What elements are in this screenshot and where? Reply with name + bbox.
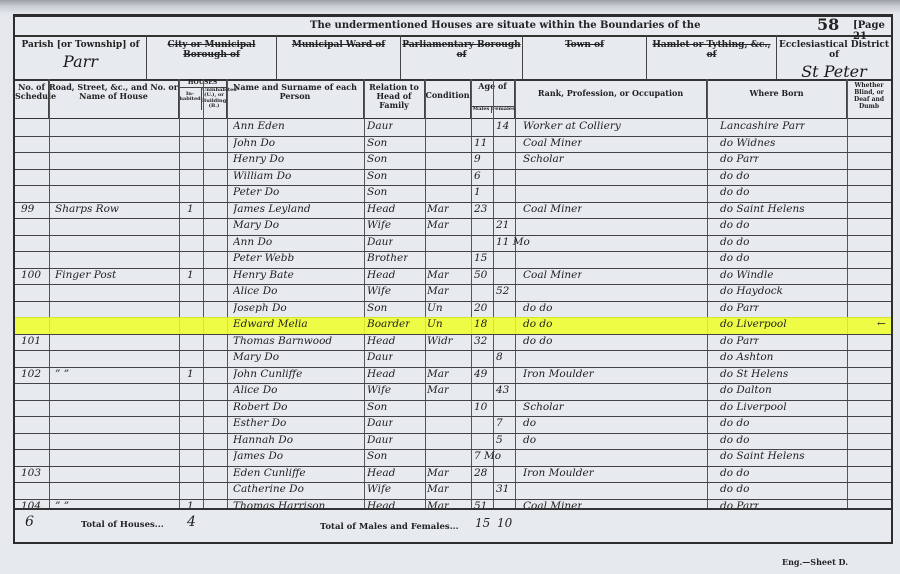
occupation: do bbox=[523, 434, 536, 446]
relation-to-head: Head bbox=[367, 203, 395, 215]
person-name: Alice Do bbox=[233, 384, 277, 396]
relation-to-head: Head bbox=[367, 368, 395, 380]
relation-to-head: Son bbox=[367, 170, 387, 182]
age-male: 49 bbox=[474, 368, 487, 380]
houses-total-label: Total of Houses... bbox=[81, 520, 164, 530]
area-hamlet: Hamlet or Tything, &c., of bbox=[647, 35, 777, 79]
birthplace: Lancashire Parr bbox=[720, 120, 805, 132]
birthplace: do Liverpool bbox=[720, 401, 787, 413]
schedule-number: 101 bbox=[21, 335, 41, 347]
table-row-highlighted: Edward MeliaBoarderUn18do dodo Liverpool… bbox=[15, 317, 891, 335]
marital-condition: Mar bbox=[427, 384, 449, 396]
occupation: Iron Moulder bbox=[523, 467, 594, 479]
age-female: 43 bbox=[496, 384, 509, 396]
col-label: Name and Surname of each Person bbox=[233, 82, 357, 101]
relation-to-head: Daur bbox=[367, 417, 393, 429]
males-total: 15 bbox=[475, 516, 490, 530]
occupation: Scholar bbox=[523, 153, 564, 165]
age-female: 14 bbox=[496, 120, 509, 132]
marital-condition: Mar bbox=[427, 285, 449, 297]
birthplace: do Liverpool bbox=[720, 318, 787, 330]
person-name: Thomas Barnwood bbox=[233, 335, 332, 347]
relation-to-head: Son bbox=[367, 302, 387, 314]
birthplace: do Saint Helens bbox=[720, 203, 805, 215]
person-name: Henry Bate bbox=[233, 269, 294, 281]
birthplace: do do bbox=[720, 252, 749, 264]
occupation: do do bbox=[523, 318, 552, 330]
age-female: 11 Mo bbox=[496, 236, 530, 248]
table-row: Ann EdenDaur14Worker at CollieryLancashi… bbox=[15, 119, 891, 137]
houses-total-value: 4 bbox=[187, 514, 196, 530]
folio-number: 58 bbox=[817, 15, 839, 34]
occupation: Iron Moulder bbox=[523, 368, 594, 380]
occupation: do do bbox=[523, 302, 552, 314]
table-row: Robert DoSon10Scholardo Liverpool bbox=[15, 400, 891, 418]
table-row: Mary DoDaur8do Ashton bbox=[15, 350, 891, 368]
birthplace: do Parr bbox=[720, 302, 759, 314]
birthplace: do do bbox=[720, 170, 749, 182]
relation-to-head: Wife bbox=[367, 384, 391, 396]
birthplace: do Windle bbox=[720, 269, 773, 281]
col-occupation: Rank, Profession, or Occupation bbox=[515, 79, 707, 119]
table-row: 100Finger Post1Henry BateHeadMar50Coal M… bbox=[15, 268, 891, 286]
age-male: 7 Mo bbox=[474, 450, 501, 462]
table-row: Alice DoWifeMar52do Haydock bbox=[15, 284, 891, 302]
area-label: City or Municipal Borough of bbox=[168, 40, 256, 60]
relation-to-head: Daur bbox=[367, 351, 393, 363]
birthplace: do do bbox=[720, 186, 749, 198]
col-uninhabited: Uninhabited (U.), or Building (B.) bbox=[202, 88, 226, 110]
birthplace: do do bbox=[720, 434, 749, 446]
age-female: 21 bbox=[496, 219, 509, 231]
relation-to-head: Wife bbox=[367, 285, 391, 297]
col-name: Name and Surname of each Person bbox=[227, 79, 364, 119]
table-row: 103Eden CunliffeHeadMar28Iron Moulderdo … bbox=[15, 466, 891, 484]
relation-to-head: Son bbox=[367, 153, 387, 165]
relation-to-head: Daur bbox=[367, 236, 393, 248]
col-road: Road, Street, &c., and No. or Name of Ho… bbox=[49, 79, 179, 119]
age-female: 5 bbox=[496, 434, 503, 446]
person-name: Henry Do bbox=[233, 153, 284, 165]
age-male: 11 bbox=[474, 137, 487, 149]
occupation: Worker at Colliery bbox=[523, 120, 621, 132]
person-name: John Do bbox=[233, 137, 275, 149]
relation-to-head: Daur bbox=[367, 434, 393, 446]
area-label: Parliamentary Borough of bbox=[402, 40, 520, 60]
birthplace: do Widnes bbox=[720, 137, 775, 149]
col-born: Where Born bbox=[707, 79, 847, 119]
age-male: 15 bbox=[474, 252, 487, 264]
birthplace: do do bbox=[720, 219, 749, 231]
relation-to-head: Head bbox=[367, 467, 395, 479]
age-male: 1 bbox=[474, 186, 481, 198]
relation-to-head: Boarder bbox=[367, 318, 410, 330]
header-title: The undermentioned Houses are situate wi… bbox=[310, 20, 700, 31]
person-name: Robert Do bbox=[233, 401, 287, 413]
birthplace: do do bbox=[720, 467, 749, 479]
person-name: Ann Eden bbox=[233, 120, 285, 132]
marital-condition: Mar bbox=[427, 269, 449, 281]
age-male: 18 bbox=[474, 318, 487, 330]
relation-to-head: Son bbox=[367, 186, 387, 198]
person-name: Mary Do bbox=[233, 351, 279, 363]
col-label: Rank, Profession, or Occupation bbox=[538, 88, 683, 98]
inhabited-count: 1 bbox=[187, 269, 194, 281]
table-row: 101Thomas BarnwoodHeadWidr32do dodo Parr bbox=[15, 334, 891, 352]
person-name: Peter Do bbox=[233, 186, 279, 198]
table-row: 102” ”1John CunliffeHeadMar49Iron Moulde… bbox=[15, 367, 891, 385]
sheet-footer: Eng.—Sheet D. bbox=[782, 557, 848, 567]
area-label: Ecclesiastical District of bbox=[779, 40, 889, 60]
table-row: Hannah DoDaur5dodo do bbox=[15, 433, 891, 451]
road-name: Finger Post bbox=[55, 269, 116, 281]
age-male: 9 bbox=[474, 153, 481, 165]
census-sheet: The undermentioned Houses are situate wi… bbox=[13, 14, 893, 544]
area-parliamentary: Parliamentary Borough of bbox=[401, 35, 523, 79]
birthplace: do do bbox=[720, 417, 749, 429]
col-inhabited: In-habited bbox=[179, 88, 202, 110]
relation-to-head: Daur bbox=[367, 120, 393, 132]
birthplace: do do bbox=[720, 236, 749, 248]
col-label: Condition bbox=[425, 90, 469, 100]
marital-condition: Mar bbox=[427, 203, 449, 215]
col-females: Females bbox=[492, 107, 514, 113]
relation-to-head: Wife bbox=[367, 483, 391, 495]
area-parish: Parish [or Township] of Parr bbox=[15, 35, 147, 79]
col-relation: Relation to Head of Family bbox=[364, 79, 425, 119]
col-label: Road, Street, &c., and No. or Name of Ho… bbox=[49, 82, 178, 101]
persons-total-label: Total of Males and Females... bbox=[320, 522, 459, 532]
birthplace: do Parr bbox=[720, 335, 759, 347]
relation-to-head: Son bbox=[367, 450, 387, 462]
table-row: Alice DoWifeMar43do Dalton bbox=[15, 383, 891, 401]
table-row: James DoSon7 Modo Saint Helens bbox=[15, 449, 891, 467]
person-name: Edward Melia bbox=[233, 318, 308, 330]
person-name: John Cunliffe bbox=[233, 368, 302, 380]
relation-to-head: Brother bbox=[367, 252, 408, 264]
table-row: Peter WebbBrother15do do bbox=[15, 251, 891, 269]
occupation: do bbox=[523, 417, 536, 429]
person-name: Peter Webb bbox=[233, 252, 294, 264]
area-value: Parr bbox=[15, 52, 146, 71]
table-row: Peter DoSon1do do bbox=[15, 185, 891, 203]
marital-condition: Mar bbox=[427, 467, 449, 479]
person-name: Eden Cunliffe bbox=[233, 467, 306, 479]
area-label: Municipal Ward of bbox=[292, 40, 385, 50]
birthplace: do Dalton bbox=[720, 384, 772, 396]
annotation-arrow: ← bbox=[877, 318, 886, 330]
area-label: Parish [or Township] of bbox=[22, 40, 140, 50]
col-condition: Condition bbox=[425, 79, 471, 119]
area-label: Town of bbox=[565, 40, 604, 50]
area-ecclesiastical: Ecclesiastical District of St Peter bbox=[777, 35, 891, 79]
age-male: 32 bbox=[474, 335, 487, 347]
age-female: 31 bbox=[496, 483, 509, 495]
table-row: Esther DoDaur7dodo do bbox=[15, 416, 891, 434]
occupation: Scholar bbox=[523, 401, 564, 413]
table-row: Mary DoWifeMar21do do bbox=[15, 218, 891, 236]
table-row: John DoSon11Coal Minerdo Widnes bbox=[15, 136, 891, 154]
age-male: 6 bbox=[474, 170, 481, 182]
birthplace: do Saint Helens bbox=[720, 450, 805, 462]
col-schedule: No. of Schedule bbox=[15, 79, 49, 119]
age-female: 52 bbox=[496, 285, 509, 297]
person-name: Joseph Do bbox=[233, 302, 287, 314]
census-page: The undermentioned Houses are situate wi… bbox=[0, 0, 900, 574]
marital-condition: Widr bbox=[427, 335, 453, 347]
col-infirmity: Whether Blind, or Deaf and Dumb bbox=[847, 79, 891, 119]
table-row: 99Sharps Row1James LeylandHeadMar23Coal … bbox=[15, 202, 891, 220]
person-name: Hannah Do bbox=[233, 434, 293, 446]
area-ward: Municipal Ward of bbox=[277, 35, 401, 79]
females-total: 10 bbox=[497, 516, 512, 530]
total-schedules: 6 bbox=[25, 514, 34, 530]
person-name: Ann Do bbox=[233, 236, 272, 248]
birthplace: do St Helens bbox=[720, 368, 788, 380]
col-label: Where Born bbox=[749, 88, 803, 98]
relation-to-head: Son bbox=[367, 401, 387, 413]
marital-condition: Mar bbox=[427, 219, 449, 231]
relation-to-head: Head bbox=[367, 335, 395, 347]
birthplace: do Haydock bbox=[720, 285, 783, 297]
relation-to-head: Son bbox=[367, 137, 387, 149]
age-male: 28 bbox=[474, 467, 487, 479]
age-male: 20 bbox=[474, 302, 487, 314]
road-name: ” ” bbox=[55, 368, 69, 380]
col-label: Relation to Head of Family bbox=[369, 82, 419, 110]
sheet-header: The undermentioned Houses are situate wi… bbox=[15, 17, 891, 37]
schedule-number: 100 bbox=[21, 269, 41, 281]
age-male: 10 bbox=[474, 401, 487, 413]
table-row: Henry DoSon9Scholardo Parr bbox=[15, 152, 891, 170]
area-borough: City or Municipal Borough of bbox=[147, 35, 277, 79]
road-name: Sharps Row bbox=[55, 203, 119, 215]
boundary-areas: Parish [or Township] of Parr City or Mun… bbox=[15, 35, 891, 81]
birthplace: do Parr bbox=[720, 153, 759, 165]
schedule-number: 99 bbox=[21, 203, 34, 215]
relation-to-head: Head bbox=[367, 269, 395, 281]
birthplace: do Ashton bbox=[720, 351, 773, 363]
inhabited-count: 1 bbox=[187, 203, 194, 215]
age-female: 8 bbox=[496, 351, 503, 363]
area-label: Hamlet or Tything, &c., of bbox=[652, 40, 770, 60]
person-name: Catherine Do bbox=[233, 483, 304, 495]
table-row: Ann DoDaur11 Modo do bbox=[15, 235, 891, 253]
marital-condition: Mar bbox=[427, 483, 449, 495]
schedule-number: 103 bbox=[21, 467, 41, 479]
table-row: Catherine DoWifeMar31do do bbox=[15, 482, 891, 500]
person-name: William Do bbox=[233, 170, 291, 182]
totals-row: 6 Total of Houses... 4 Total of Males an… bbox=[15, 508, 891, 542]
marital-condition: Un bbox=[427, 302, 443, 314]
person-name: James Do bbox=[233, 450, 283, 462]
person-name: Esther Do bbox=[233, 417, 286, 429]
age-male: 23 bbox=[474, 203, 487, 215]
person-name: Mary Do bbox=[233, 219, 279, 231]
inhabited-count: 1 bbox=[187, 368, 194, 380]
occupation: Coal Miner bbox=[523, 203, 582, 215]
occupation: do do bbox=[523, 335, 552, 347]
occupation: Coal Miner bbox=[523, 269, 582, 281]
table-row: Joseph DoSonUn20do dodo Parr bbox=[15, 301, 891, 319]
birthplace: do do bbox=[720, 483, 749, 495]
area-town: Town of bbox=[523, 35, 647, 79]
occupation: Coal Miner bbox=[523, 137, 582, 149]
schedule-number: 102 bbox=[21, 368, 41, 380]
person-name: Alice Do bbox=[233, 285, 277, 297]
col-label: Whether Blind, or Deaf and Dumb bbox=[854, 82, 884, 110]
marital-condition: Mar bbox=[427, 368, 449, 380]
relation-to-head: Wife bbox=[367, 219, 391, 231]
table-row: William DoSon6do do bbox=[15, 169, 891, 187]
age-female: 7 bbox=[496, 417, 503, 429]
person-name: James Leyland bbox=[233, 203, 311, 215]
marital-condition: Un bbox=[427, 318, 443, 330]
col-males: Males bbox=[471, 107, 492, 113]
age-male: 50 bbox=[474, 269, 487, 281]
